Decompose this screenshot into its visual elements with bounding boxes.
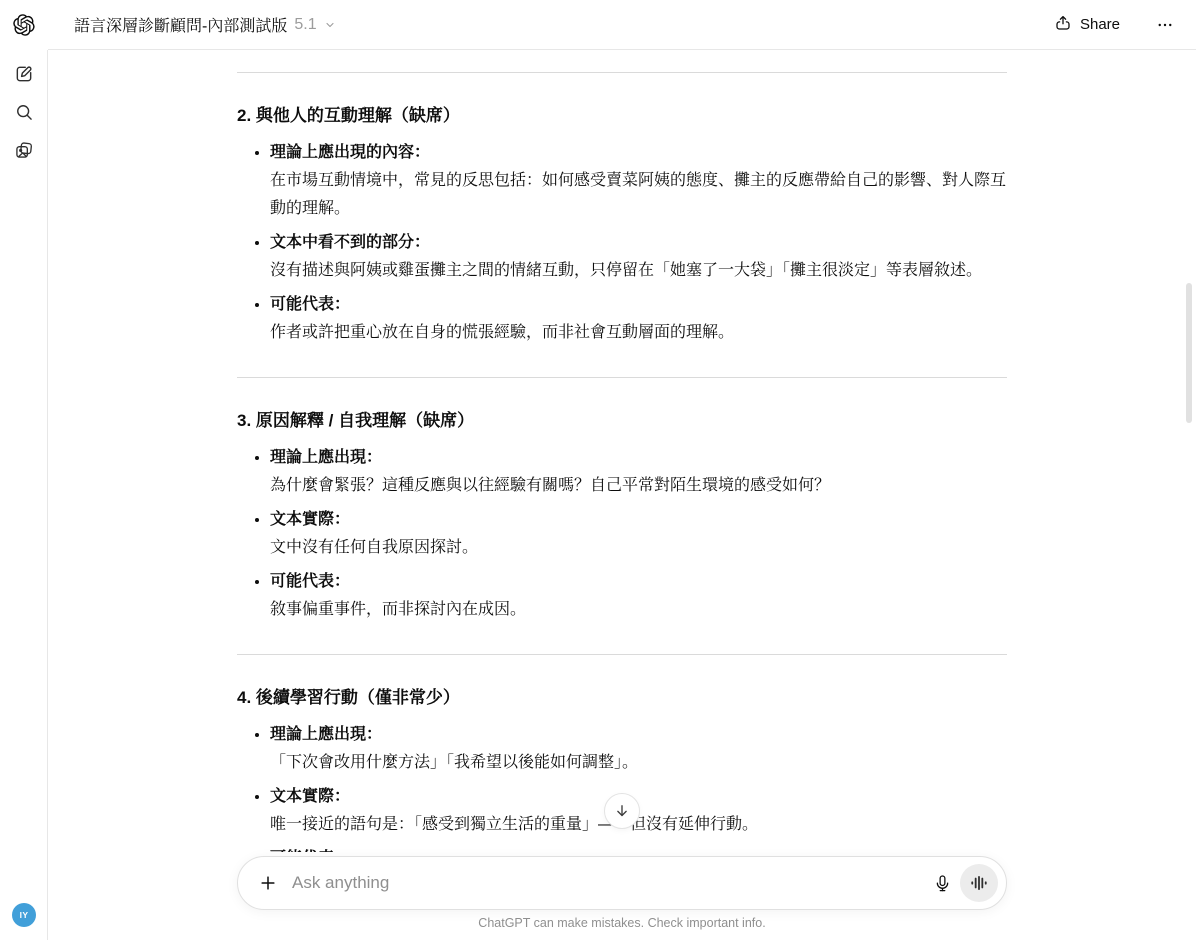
message-section: 2. 與他人的互動理解（缺席） 理論上應出現的內容： 在市場互動情境中，常見的反…: [237, 72, 1007, 347]
list-item: 理論上應出現的內容： 在市場互動情境中，常見的反思包括：如何感受賣菜阿姨的態度、…: [270, 139, 1007, 223]
new-chat-icon[interactable]: [13, 63, 35, 85]
user-avatar[interactable]: IY: [12, 903, 36, 927]
scrollbar-thumb[interactable]: [1186, 283, 1192, 423]
section-heading: 2. 與他人的互動理解（缺席）: [237, 101, 1007, 126]
list-item: 文本實際： 文中沒有任何自我原因探討。: [270, 506, 1007, 562]
list-item: 可能代表： 停在情緒感受，還未轉換成實際計畫或學習策略。: [270, 845, 1007, 852]
sidebar-rail: IY: [0, 0, 48, 940]
list-item: 可能代表： 作者或許把重心放在自身的慌張經驗，而非社會互動層面的理解。: [270, 291, 1007, 347]
list-item: 文本中看不到的部分： 沒有描述與阿姨或雞蛋攤主之間的情緒互動，只停留在「她塞了一…: [270, 229, 1007, 285]
chatgpt-logo[interactable]: [12, 13, 36, 37]
bullet-list: 理論上應出現： 「下次會改用什麼方法」「我希望以後能如何調整」。 文本實際： 唯…: [237, 721, 1007, 852]
share-button[interactable]: Share: [1048, 13, 1126, 37]
list-item: 可能代表： 敘事偏重事件，而非探討內在成因。: [270, 568, 1007, 624]
share-label: Share: [1080, 16, 1120, 33]
chatgpt-app: IY 語言深層診斷顧問-內部測試版 5.1 Share: [0, 0, 1196, 940]
section-divider: [237, 377, 1007, 378]
library-icon[interactable]: [13, 139, 35, 161]
chevron-down-icon: [324, 19, 336, 31]
chat-scroll-area: 2. 與他人的互動理解（缺席） 理論上應出現的內容： 在市場互動情境中，常見的反…: [48, 50, 1196, 852]
voice-waveform-icon: [970, 874, 988, 892]
scroll-to-bottom-button[interactable]: [604, 793, 640, 829]
openai-logo-icon: [13, 14, 35, 36]
top-bar: 語言深層診斷顧問-內部測試版 5.1 Share: [48, 0, 1196, 50]
voice-mode-button[interactable]: [960, 864, 998, 902]
attach-button[interactable]: [254, 869, 282, 897]
model-switcher[interactable]: 語言深層診斷顧問-內部測試版 5.1: [66, 7, 344, 42]
arrow-down-icon: [613, 802, 631, 820]
search-icon[interactable]: [13, 101, 35, 123]
ellipsis-icon: [1156, 16, 1174, 34]
chat-input[interactable]: [282, 873, 929, 893]
composer-area: ChatGPT can make mistakes. Check importa…: [48, 852, 1196, 940]
list-item: 理論上應出現： 「下次會改用什麼方法」「我希望以後能如何調整」。: [270, 721, 1007, 777]
bullet-list: 理論上應出現的內容： 在市場互動情境中，常見的反思包括：如何感受賣菜阿姨的態度、…: [237, 139, 1007, 347]
dictate-button[interactable]: [929, 870, 956, 897]
section-heading: 4. 後續學習行動（僅非常少）: [237, 683, 1007, 708]
section-divider: [237, 654, 1007, 655]
model-version: 5.1: [294, 16, 316, 34]
section-divider: [237, 72, 1007, 73]
main-pane: 語言深層診斷顧問-內部測試版 5.1 Share: [48, 0, 1196, 940]
section-heading: 3. 原因解釋 / 自我理解（缺席）: [237, 406, 1007, 431]
message-composer[interactable]: [237, 856, 1007, 910]
plus-icon: [258, 873, 278, 893]
more-options-button[interactable]: [1154, 14, 1176, 36]
assistant-message: 2. 與他人的互動理解（缺席） 理論上應出現的內容： 在市場互動情境中，常見的反…: [237, 50, 1007, 852]
mic-icon: [933, 874, 952, 893]
message-section: 3. 原因解釋 / 自我理解（缺席） 理論上應出現： 為什麼會緊張？這種反應與以…: [237, 377, 1007, 624]
list-item: 理論上應出現： 為什麼會緊張？這種反應與以往經驗有關嗎？自己平常對陌生環境的感受…: [270, 444, 1007, 500]
conversation-title: 語言深層診斷顧問-內部測試版: [74, 13, 287, 36]
bullet-list: 理論上應出現： 為什麼會緊張？這種反應與以往經驗有關嗎？自己平常對陌生環境的感受…: [237, 444, 1007, 624]
disclaimer-text: ChatGPT can make mistakes. Check importa…: [478, 912, 765, 934]
share-icon: [1054, 14, 1072, 36]
